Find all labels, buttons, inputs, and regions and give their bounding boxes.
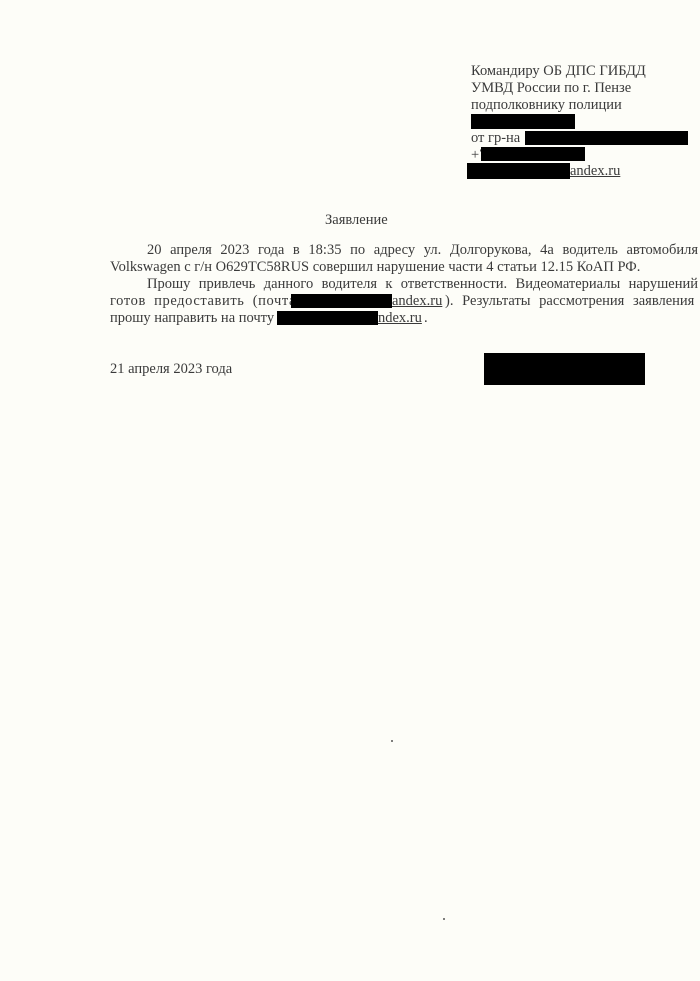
paragraph-2-line-1: Прошу привлечь данного водителя к ответс… [147, 276, 698, 293]
document-page: Командиру ОБ ДПС ГИБДД УМВД России по г.… [0, 0, 700, 981]
reply-email-suffix: ndex.ru [378, 310, 422, 327]
paragraph-1-line-2: Volkswagen с г/н О629ТС58RUS совершил на… [110, 259, 640, 276]
sender-prefix: от гр-на [471, 130, 520, 147]
document-date: 21 апреля 2023 года [110, 361, 232, 378]
scan-speck [443, 918, 445, 920]
redacted-signature [484, 353, 645, 385]
addressee-line-2: УМВД России по г. Пензе [471, 80, 631, 97]
paragraph-2-line-3-start: прошу направить на почту [110, 310, 274, 327]
document-title: Заявление [325, 212, 388, 229]
redacted-video-email [291, 294, 392, 308]
paragraph-2-line-2-start: готов предоставить (почта: [110, 293, 301, 310]
redacted-phone [481, 147, 585, 161]
redacted-email [467, 163, 570, 179]
addressee-line-3: подполковнику полиции [471, 97, 622, 114]
paragraph-2-line-2-end: ). Результаты рассмотрения заявления [445, 293, 694, 310]
sender-email-suffix: andex.ru [570, 163, 620, 180]
addressee-line-1: Командиру ОБ ДПС ГИБДД [471, 63, 646, 80]
redacted-reply-email [277, 311, 378, 325]
scan-speck [391, 740, 393, 742]
paragraph-2-line-3-end: . [424, 310, 428, 327]
paragraph-1-line-1: 20 апреля 2023 года в 18:35 по адресу ул… [147, 242, 698, 259]
redacted-sender-name [525, 131, 688, 145]
redacted-officer-name [471, 114, 575, 129]
video-email-suffix: andex.ru [392, 293, 442, 310]
